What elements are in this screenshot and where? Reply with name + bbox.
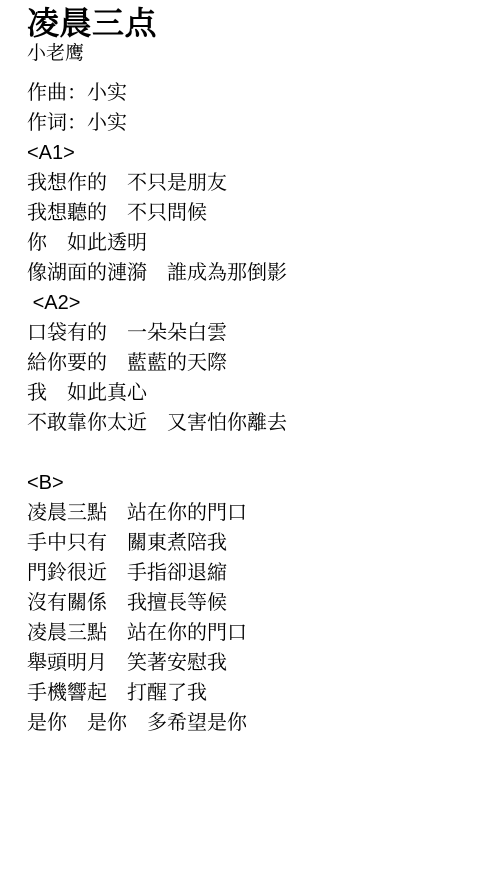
page: { "song": { "title": "凌晨三点", "artist": "… xyxy=(0,0,500,880)
lyric-line: 像湖面的漣漪 誰成為那倒影 xyxy=(27,258,480,288)
lyric-line: 沒有關係 我擅長等候 xyxy=(27,588,480,618)
song-title: 凌晨三点 xyxy=(27,4,480,42)
artist-name: 小老鹰 xyxy=(27,42,480,66)
lyric-line: 門鈴很近 手指卻退縮 xyxy=(27,558,480,588)
lyric-line: 不敢靠你太近 又害怕你離去 xyxy=(27,408,480,438)
credit-line: 作词：小实 xyxy=(27,108,480,138)
section-marker: <A1> xyxy=(27,138,480,168)
lyric-line: 給你要的 藍藍的天際 xyxy=(27,348,480,378)
lyric-line: 手機響起 打醒了我 xyxy=(27,678,480,708)
lyric-line: 我想作的 不只是朋友 xyxy=(27,168,480,198)
section-marker: <A2> xyxy=(27,288,480,318)
lyric-line: 凌晨三點 站在你的門口 xyxy=(27,618,480,648)
lyric-line: 我 如此真心 xyxy=(27,378,480,408)
lyric-line: 舉頭明月 笑著安慰我 xyxy=(27,648,480,678)
section-marker: <B> xyxy=(27,468,480,498)
lyric-line: 你 如此透明 xyxy=(27,228,480,258)
lyric-line: 口袋有的 一朵朵白雲 xyxy=(27,318,480,348)
lyric-line: 凌晨三點 站在你的門口 xyxy=(27,498,480,528)
blank-line xyxy=(27,438,480,468)
lyric-line: 我想聽的 不只問候 xyxy=(27,198,480,228)
lyrics-lines: 作曲：小实作词：小实<A1>我想作的 不只是朋友我想聽的 不只問候你 如此透明像… xyxy=(27,78,480,738)
credit-line: 作曲：小实 xyxy=(27,78,480,108)
lyric-line: 是你 是你 多希望是你 xyxy=(27,708,480,738)
lyric-line: 手中只有 關東煮陪我 xyxy=(27,528,480,558)
lyrics-page: 凌晨三点 小老鹰 作曲：小实作词：小实<A1>我想作的 不只是朋友我想聽的 不只… xyxy=(0,0,500,880)
